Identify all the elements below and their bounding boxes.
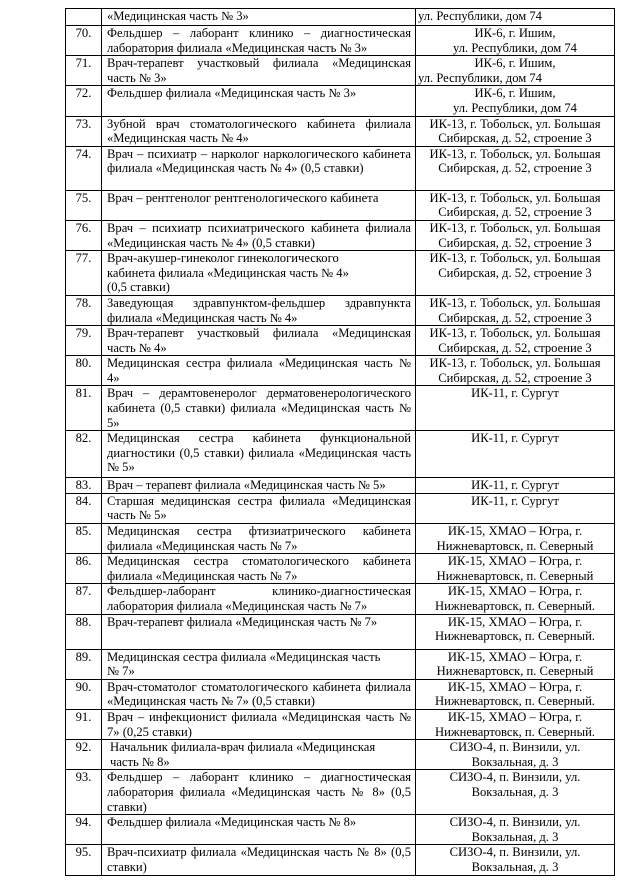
table-row: 87.Фельдшер-лаборант клинико-диагностиче…	[66, 584, 615, 614]
table-row: 79.Врач-терапевт участковый филиала «Мед…	[66, 326, 615, 356]
row-number: 75.	[66, 190, 102, 220]
row-number: 84.	[66, 493, 102, 523]
address-line: ИК-13, г. Тобольск, ул. Большая	[418, 296, 612, 311]
location-address: ИК-13, г. Тобольск, ул. БольшаяСибирская…	[416, 295, 615, 325]
table-row: 84.Старшая медицинская сестра филиала «М…	[66, 493, 615, 523]
address-line: ул. Республики, дом 74	[418, 41, 612, 56]
location-address: ИК-11, г. Сургут	[416, 478, 615, 494]
address-line: ИК-15, ХМАО – Югра, г.	[418, 710, 612, 725]
row-number: 80.	[66, 356, 102, 386]
table-row: 86.Медицинская сестра стоматологического…	[66, 554, 615, 584]
address-line: Вокзальная, д. 3	[418, 860, 612, 875]
row-number: 71.	[66, 56, 102, 86]
row-number: 92.	[66, 740, 102, 770]
table-row: «Медицинская часть № 3»ул. Республики, д…	[66, 9, 615, 26]
table-row: 81.Врач – дерамтовенеролог дерматовенеро…	[66, 386, 615, 431]
row-number: 86.	[66, 554, 102, 584]
address-line: ИК-15, ХМАО – Югра, г.	[418, 680, 612, 695]
row-number: 91.	[66, 709, 102, 739]
location-address: ИК-15, ХМАО – Югра, г.Нижневартовск, п. …	[416, 554, 615, 584]
address-line: ИК-11, г. Сургут	[418, 431, 612, 446]
address-line: ул. Республики, дом 74	[418, 71, 612, 86]
location-address: ИК-13, г. Тобольск, ул. БольшаяСибирская…	[416, 190, 615, 220]
position-title: Фельдшер филиала «Медицинская часть № 3»	[102, 86, 416, 116]
location-address: ИК-13, г. Тобольск, ул. БольшаяСибирская…	[416, 220, 615, 250]
position-line: Медицинская сестра филиала «Медицинская …	[107, 650, 411, 665]
address-line: ИК-13, г. Тобольск, ул. Большая	[418, 191, 612, 206]
address-line: Сибирская, д. 52, строение 3	[418, 266, 612, 281]
location-address: ИК-6, г. Ишим,ул. Республики, дом 74	[416, 26, 615, 56]
address-line: ИК-6, г. Ишим,	[418, 56, 612, 71]
table-row: 75.Врач – рентгенолог рентгенологическог…	[66, 190, 615, 220]
location-address: ИК-6, г. Ишим,ул. Республики, дом 74	[416, 56, 615, 86]
address-line: ИК-15, ХМАО – Югра, г.	[418, 615, 612, 630]
address-line: Нижневартовск, п. Северный.	[418, 629, 612, 644]
table-row: 72.Фельдшер филиала «Медицинская часть №…	[66, 86, 615, 116]
row-number: 73.	[66, 116, 102, 146]
row-number: 82.	[66, 431, 102, 478]
row-number: 70.	[66, 26, 102, 56]
address-line: ИК-13, г. Тобольск, ул. Большая	[418, 117, 612, 132]
row-number: 90.	[66, 679, 102, 709]
table-row: 91.Врач – инфекционист филиала «Медицинс…	[66, 709, 615, 739]
position-line: часть № 8»	[110, 755, 411, 770]
row-number: 76.	[66, 220, 102, 250]
position-title: Врач-терапевт филиала «Медицинская часть…	[102, 614, 416, 649]
address-line: ИК-13, г. Тобольск, ул. Большая	[418, 251, 612, 266]
location-address: СИЗО-4, п. Винзили, ул.Вокзальная, д. 3	[416, 770, 615, 815]
table-row: 82.Медицинская сестра кабинета функциона…	[66, 431, 615, 478]
address-line: Вокзальная, д. 3	[418, 830, 612, 845]
address-line: Сибирская, д. 52, строение 3	[418, 161, 612, 176]
row-number: 89.	[66, 649, 102, 679]
position-title: Фельдшер филиала «Медицинская часть № 8»	[102, 815, 416, 845]
position-title: Врач – дерамтовенеролог дерматовенеролог…	[102, 386, 416, 431]
address-line: СИЗО-4, п. Винзили, ул.	[418, 770, 612, 785]
location-address: ИК-13, г. Тобольск, ул. БольшаяСибирская…	[416, 146, 615, 190]
row-number: 95.	[66, 845, 102, 875]
position-line: Врач-акушер-гинеколог гинекологического	[107, 251, 411, 266]
position-line: Начальник филиала-врач филиала «Медицинс…	[110, 740, 411, 755]
table-row: 80.Медицинская сестра филиала «Медицинск…	[66, 356, 615, 386]
table-row: 93.Фельдшер – лаборант клинико – диагнос…	[66, 770, 615, 815]
position-title: Врач-психиатр филиала «Медицинская часть…	[102, 845, 416, 875]
positions-table: «Медицинская часть № 3»ул. Республики, д…	[65, 8, 615, 876]
table-row: 88.Врач-терапевт филиала «Медицинская ча…	[66, 614, 615, 649]
table-row: 89.Медицинская сестра филиала «Медицинск…	[66, 649, 615, 679]
address-line: ИК-11, г. Сургут	[418, 494, 612, 509]
position-title: Начальник филиала-врач филиала «Медицинс…	[102, 740, 416, 770]
address-line: Сибирская, д. 52, строение 3	[418, 205, 612, 220]
location-address: ИК-15, ХМАО – Югра, г.Нижневартовск, п. …	[416, 679, 615, 709]
address-line: ИК-13, г. Тобольск, ул. Большая	[418, 356, 612, 371]
address-line: Нижневартовск, п. Северный.	[418, 694, 612, 709]
address-line: ИК-11, г. Сургут	[418, 478, 612, 493]
address-line: СИЗО-4, п. Винзили, ул.	[418, 740, 612, 755]
row-number: 93.	[66, 770, 102, 815]
address-line: ИК-6, г. Ишим,	[418, 86, 612, 101]
row-number: 87.	[66, 584, 102, 614]
row-number: 85.	[66, 524, 102, 554]
location-address: СИЗО-4, п. Винзили, ул.Вокзальная, д. 3	[416, 740, 615, 770]
address-line: СИЗО-4, п. Винзили, ул.	[418, 845, 612, 860]
address-line: СИЗО-4, п. Винзили, ул.	[418, 815, 612, 830]
location-address: ИК-11, г. Сургут	[416, 493, 615, 523]
location-address: ИК-15, ХМАО – Югра, г.Нижневартовск, п. …	[416, 649, 615, 679]
address-line: Сибирская, д. 52, строение 3	[418, 311, 612, 326]
location-address: ИК-13, г. Тобольск, ул. БольшаяСибирская…	[416, 326, 615, 356]
position-line: № 7»	[107, 664, 411, 679]
position-title: Врач – инфекционист филиала «Медицинская…	[102, 709, 416, 739]
row-number: 83.	[66, 478, 102, 494]
row-number: 74.	[66, 146, 102, 190]
row-number: 77.	[66, 251, 102, 296]
address-line: Вокзальная, д. 3	[418, 785, 612, 800]
table-row: 83.Врач – терапевт филиала «Медицинская …	[66, 478, 615, 494]
address-line: ИК-15, ХМАО – Югра, г.	[418, 650, 612, 665]
table-row: 85.Медицинская сестра фтизиатрического к…	[66, 524, 615, 554]
position-title: Врач – терапевт филиала «Медицинская час…	[102, 478, 416, 494]
location-address: СИЗО-4, п. Винзили, ул.Вокзальная, д. 3	[416, 815, 615, 845]
position-title: «Медицинская часть № 3»	[102, 9, 416, 26]
table-row: 73.Зубной врач стоматологического кабине…	[66, 116, 615, 146]
address-line: Сибирская, д. 52, строение 3	[418, 236, 612, 251]
address-line: ИК-6, г. Ишим,	[418, 26, 612, 41]
location-address: СИЗО-4, п. Винзили, ул.Вокзальная, д. 3	[416, 845, 615, 875]
location-address: ИК-15, ХМАО – Югра, г.Нижневартовск, п. …	[416, 614, 615, 649]
address-line: Нижневартовск, п. Северный	[418, 664, 612, 679]
row-number: 79.	[66, 326, 102, 356]
position-title: Врач – рентгенолог рентгенологического к…	[102, 190, 416, 220]
address-line: ИК-15, ХМАО – Югра, г.	[418, 524, 612, 539]
position-title: Врач-стоматолог стоматологического кабин…	[102, 679, 416, 709]
position-title: Медицинская сестра филиала «Медицинская …	[102, 356, 416, 386]
table-row: 70.Фельдшер – лаборант клинико – диагнос…	[66, 26, 615, 56]
address-line: ИК-13, г. Тобольск, ул. Большая	[418, 221, 612, 236]
table-row: 71.Врач-терапевт участковый филиала «Мед…	[66, 56, 615, 86]
address-line: ИК-13, г. Тобольск, ул. Большая	[418, 326, 612, 341]
location-address: ул. Республики, дом 74	[416, 9, 615, 26]
table-row: 76.Врач – психиатр психиатрического каби…	[66, 220, 615, 250]
row-number: 78.	[66, 295, 102, 325]
position-title: Фельдшер – лаборант клинико – диагностич…	[102, 770, 416, 815]
address-line: ИК-11, г. Сургут	[418, 386, 612, 401]
position-title: Медицинская сестра филиала «Медицинская …	[102, 649, 416, 679]
position-title: Врач-акушер-гинеколог гинекологическогок…	[102, 251, 416, 296]
location-address: ИК-13, г. Тобольск, ул. БольшаяСибирская…	[416, 356, 615, 386]
position-title: Фельдшер – лаборант клинико – диагностич…	[102, 26, 416, 56]
address-line: Нижневартовск, п. Северный.	[418, 599, 612, 614]
row-number: 88.	[66, 614, 102, 649]
position-line: (0,5 ставки)	[107, 280, 411, 295]
position-title: Фельдшер-лаборант клинико-диагностическа…	[102, 584, 416, 614]
table-row: 77.Врач-акушер-гинеколог гинекологическо…	[66, 251, 615, 296]
position-title: Врач – психиатр психиатрического кабинет…	[102, 220, 416, 250]
address-line: Сибирская, д. 52, строение 3	[418, 131, 612, 146]
position-title: Заведующая здравпунктом-фельдшер здравпу…	[102, 295, 416, 325]
position-title: Старшая медицинская сестра филиала «Меди…	[102, 493, 416, 523]
position-line: кабинета филиала «Медицинская часть № 4»	[107, 266, 411, 281]
location-address: ИК-15, ХМАО – Югра, г.Нижневартовск, п. …	[416, 524, 615, 554]
location-address: ИК-13, г. Тобольск, ул. БольшаяСибирская…	[416, 251, 615, 296]
address-line: ул. Республики, дом 74	[418, 101, 612, 116]
position-title: Врач-терапевт участковый филиала «Медици…	[102, 56, 416, 86]
table-row: 78.Заведующая здравпунктом-фельдшер здра…	[66, 295, 615, 325]
position-title: Врач – психиатр – нарколог наркологическ…	[102, 146, 416, 190]
table-row: 74.Врач – психиатр – нарколог наркологич…	[66, 146, 615, 190]
address-line: Нижневартовск, п. Северный	[418, 569, 612, 584]
table-row: 92.Начальник филиала-врач филиала «Медиц…	[66, 740, 615, 770]
position-title: Медицинская сестра кабинета функциональн…	[102, 431, 416, 478]
row-number	[66, 9, 102, 26]
position-title: Врач-терапевт участковый филиала «Медици…	[102, 326, 416, 356]
address-line: Нижневартовск, п. Северный	[418, 539, 612, 554]
location-address: ИК-15, ХМАО – Югра, г.Нижневартовск, п. …	[416, 584, 615, 614]
address-line: ИК-15, ХМАО – Югра, г.	[418, 584, 612, 599]
location-address: ИК-13, г. Тобольск, ул. БольшаяСибирская…	[416, 116, 615, 146]
address-line: Сибирская, д. 52, строение 3	[418, 371, 612, 386]
address-line: Нижневартовск, п. Северный.	[418, 725, 612, 740]
location-address: ИК-11, г. Сургут	[416, 431, 615, 478]
location-address: ИК-11, г. Сургут	[416, 386, 615, 431]
position-title: Зубной врач стоматологического кабинета …	[102, 116, 416, 146]
table-row: 94.Фельдшер филиала «Медицинская часть №…	[66, 815, 615, 845]
address-line: Сибирская, д. 52, строение 3	[418, 341, 612, 356]
positions-table-body: «Медицинская часть № 3»ул. Республики, д…	[66, 9, 615, 876]
position-title: Медицинская сестра фтизиатрического каби…	[102, 524, 416, 554]
address-line: Вокзальная, д. 3	[418, 755, 612, 770]
row-number: 81.	[66, 386, 102, 431]
table-row: 90.Врач-стоматолог стоматологического ка…	[66, 679, 615, 709]
address-line: ИК-15, ХМАО – Югра, г.	[418, 554, 612, 569]
row-number: 94.	[66, 815, 102, 845]
table-row: 95.Врач-психиатр филиала «Медицинская ча…	[66, 845, 615, 875]
location-address: ИК-6, г. Ишим,ул. Республики, дом 74	[416, 86, 615, 116]
position-title: Медицинская сестра стоматологического ка…	[102, 554, 416, 584]
row-number: 72.	[66, 86, 102, 116]
location-address: ИК-15, ХМАО – Югра, г.Нижневартовск, п. …	[416, 709, 615, 739]
address-line: ИК-13, г. Тобольск, ул. Большая	[418, 147, 612, 162]
